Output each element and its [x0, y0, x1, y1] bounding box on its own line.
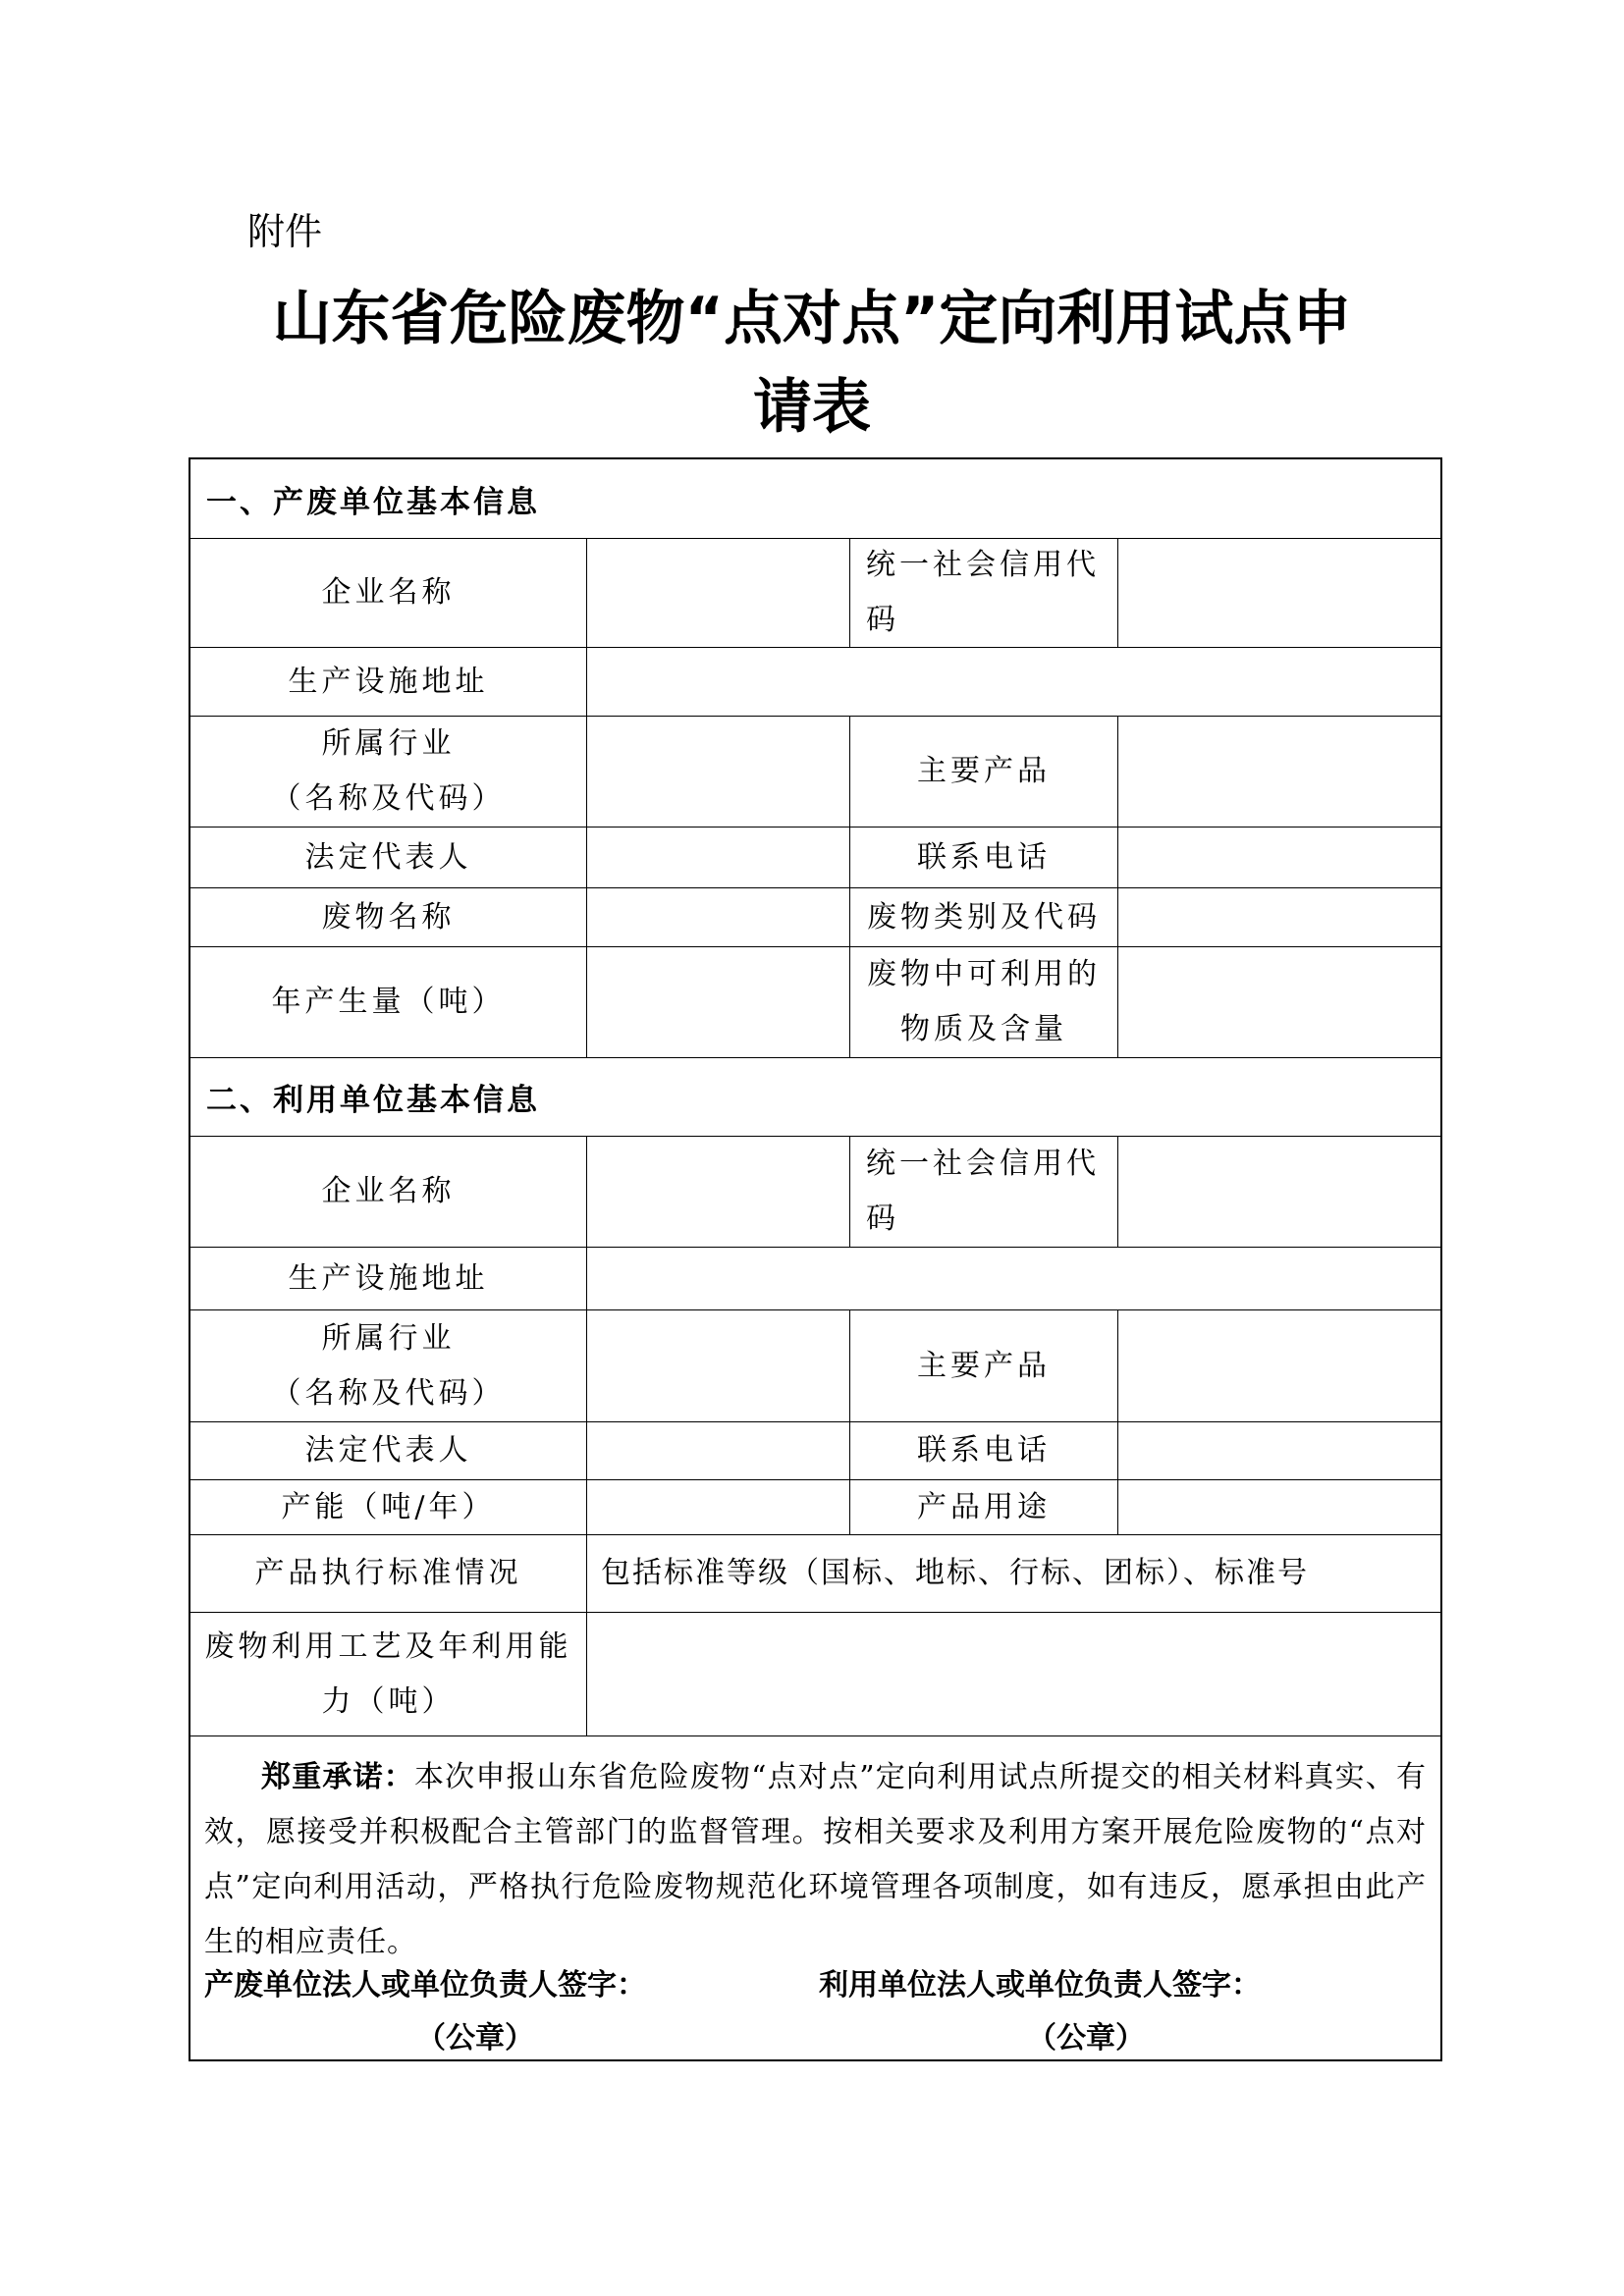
producer-legal-rep-field[interactable] — [587, 828, 850, 887]
section2-heading: 二、利用单位基本信息 — [206, 1058, 540, 1136]
field-label-line1: 所属行业 — [322, 1311, 456, 1366]
user-main-products-field[interactable] — [1118, 1310, 1440, 1421]
producer-phone-field[interactable] — [1118, 828, 1440, 887]
user-signature-label: 利用单位法人或单位负责人签字： — [819, 1960, 1261, 2003]
table-row: 产能（吨/年） 产品用途 — [190, 1480, 1440, 1535]
page-title-line1: 山东省危险废物“点对点”定向利用试点申 — [226, 275, 1398, 363]
field-label: 企业名称 — [190, 1137, 587, 1247]
table-row: 废物利用工艺及年利用能力（吨） — [190, 1613, 1440, 1736]
section2-heading-row: 二、利用单位基本信息 — [190, 1058, 1440, 1137]
table-row: 法定代表人 联系电话 — [190, 828, 1440, 888]
producer-industry-field[interactable] — [587, 717, 850, 827]
field-label: 统一社会信用代码 — [850, 1137, 1118, 1247]
field-label: 联系电话 — [850, 1422, 1118, 1479]
user-address-field[interactable] — [587, 1248, 1440, 1309]
field-label: 废物名称 — [190, 888, 587, 946]
field-label-line1: 所属行业 — [322, 717, 456, 772]
field-label: 生产设施地址 — [190, 1248, 587, 1309]
field-label: 法定代表人 — [190, 1422, 587, 1479]
section1-heading: 一、产废单位基本信息 — [206, 459, 540, 538]
field-label-line2: 物质及含量 — [900, 1002, 1067, 1057]
producer-credit-code-field[interactable] — [1118, 539, 1440, 647]
field-label: 生产设施地址 — [190, 648, 587, 716]
field-label: 企业名称 — [190, 539, 587, 647]
annual-generation-field[interactable] — [587, 947, 850, 1057]
field-label: 主要产品 — [850, 1310, 1118, 1421]
waste-name-field[interactable] — [587, 888, 850, 946]
table-row: 所属行业 （名称及代码） 主要产品 — [190, 717, 1440, 828]
field-label: 废物类别及代码 — [850, 888, 1118, 946]
table-row: 所属行业 （名称及代码） 主要产品 — [190, 1310, 1440, 1422]
field-label: 产能（吨/年） — [190, 1480, 587, 1534]
product-use-field[interactable] — [1118, 1480, 1440, 1534]
attachment-label: 附件 — [247, 201, 322, 255]
user-industry-field[interactable] — [587, 1310, 850, 1421]
table-row: 企业名称 统一社会信用代码 — [190, 539, 1440, 648]
field-label: 联系电话 — [850, 828, 1118, 887]
field-label: 产品执行标准情况 — [190, 1535, 587, 1612]
table-row: 企业名称 统一社会信用代码 — [190, 1137, 1440, 1248]
utilization-process-field[interactable] — [587, 1613, 1440, 1735]
declaration-lead: 郑重承诺： — [261, 1760, 414, 1794]
field-label: 产品用途 — [850, 1480, 1118, 1534]
table-row: 产品执行标准情况 包括标准等级（国标、地标、行标、团标）、标准号 — [190, 1535, 1440, 1613]
application-form-table: 一、产废单位基本信息 企业名称 统一社会信用代码 生产设施地址 所属行业 （名称… — [189, 457, 1442, 2061]
field-label: 废物利用工艺及年利用能力（吨） — [190, 1613, 587, 1735]
field-label-line2: （名称及代码） — [272, 1366, 506, 1421]
field-label-line1: 废物中可利用的 — [867, 947, 1101, 1002]
producer-company-name-field[interactable] — [587, 539, 850, 647]
section1-heading-row: 一、产废单位基本信息 — [190, 459, 1440, 539]
field-label: 所属行业 （名称及代码） — [190, 717, 587, 827]
table-row: 废物名称 废物类别及代码 — [190, 888, 1440, 947]
field-label: 年产生量（吨） — [190, 947, 587, 1057]
table-row: 年产生量（吨） 废物中可利用的 物质及含量 — [190, 947, 1440, 1058]
table-row: 生产设施地址 — [190, 1248, 1440, 1310]
usable-substance-field[interactable] — [1118, 947, 1440, 1057]
waste-category-code-field[interactable] — [1118, 888, 1440, 946]
capacity-field[interactable] — [587, 1480, 850, 1534]
field-label: 统一社会信用代码 — [850, 539, 1118, 647]
field-label: 主要产品 — [850, 717, 1118, 827]
producer-seal-label: （公章） — [416, 2013, 534, 2056]
declaration-text: 郑重承诺：本次申报山东省危险废物“点对点”定向利用试点所提交的相关材料真实、有效… — [204, 1750, 1427, 1970]
field-label: 废物中可利用的 物质及含量 — [850, 947, 1118, 1057]
user-seal-label: （公章） — [1027, 2013, 1145, 2056]
declaration-section: 郑重承诺：本次申报山东省危险废物“点对点”定向利用试点所提交的相关材料真实、有效… — [190, 1736, 1440, 2059]
field-label: 所属行业 （名称及代码） — [190, 1310, 587, 1421]
page-title-line2: 请表 — [226, 363, 1398, 452]
table-row: 生产设施地址 — [190, 648, 1440, 717]
producer-signature-label: 产废单位法人或单位负责人签字： — [204, 1960, 646, 2003]
field-label: 法定代表人 — [190, 828, 587, 887]
user-phone-field[interactable] — [1118, 1422, 1440, 1479]
field-label-line2: （名称及代码） — [272, 772, 506, 827]
producer-address-field[interactable] — [587, 648, 1440, 716]
user-legal-rep-field[interactable] — [587, 1422, 850, 1479]
product-standard-field[interactable]: 包括标准等级（国标、地标、行标、团标）、标准号 — [587, 1535, 1440, 1612]
user-credit-code-field[interactable] — [1118, 1137, 1440, 1247]
user-company-name-field[interactable] — [587, 1137, 850, 1247]
producer-main-products-field[interactable] — [1118, 717, 1440, 827]
table-row: 法定代表人 联系电话 — [190, 1422, 1440, 1480]
